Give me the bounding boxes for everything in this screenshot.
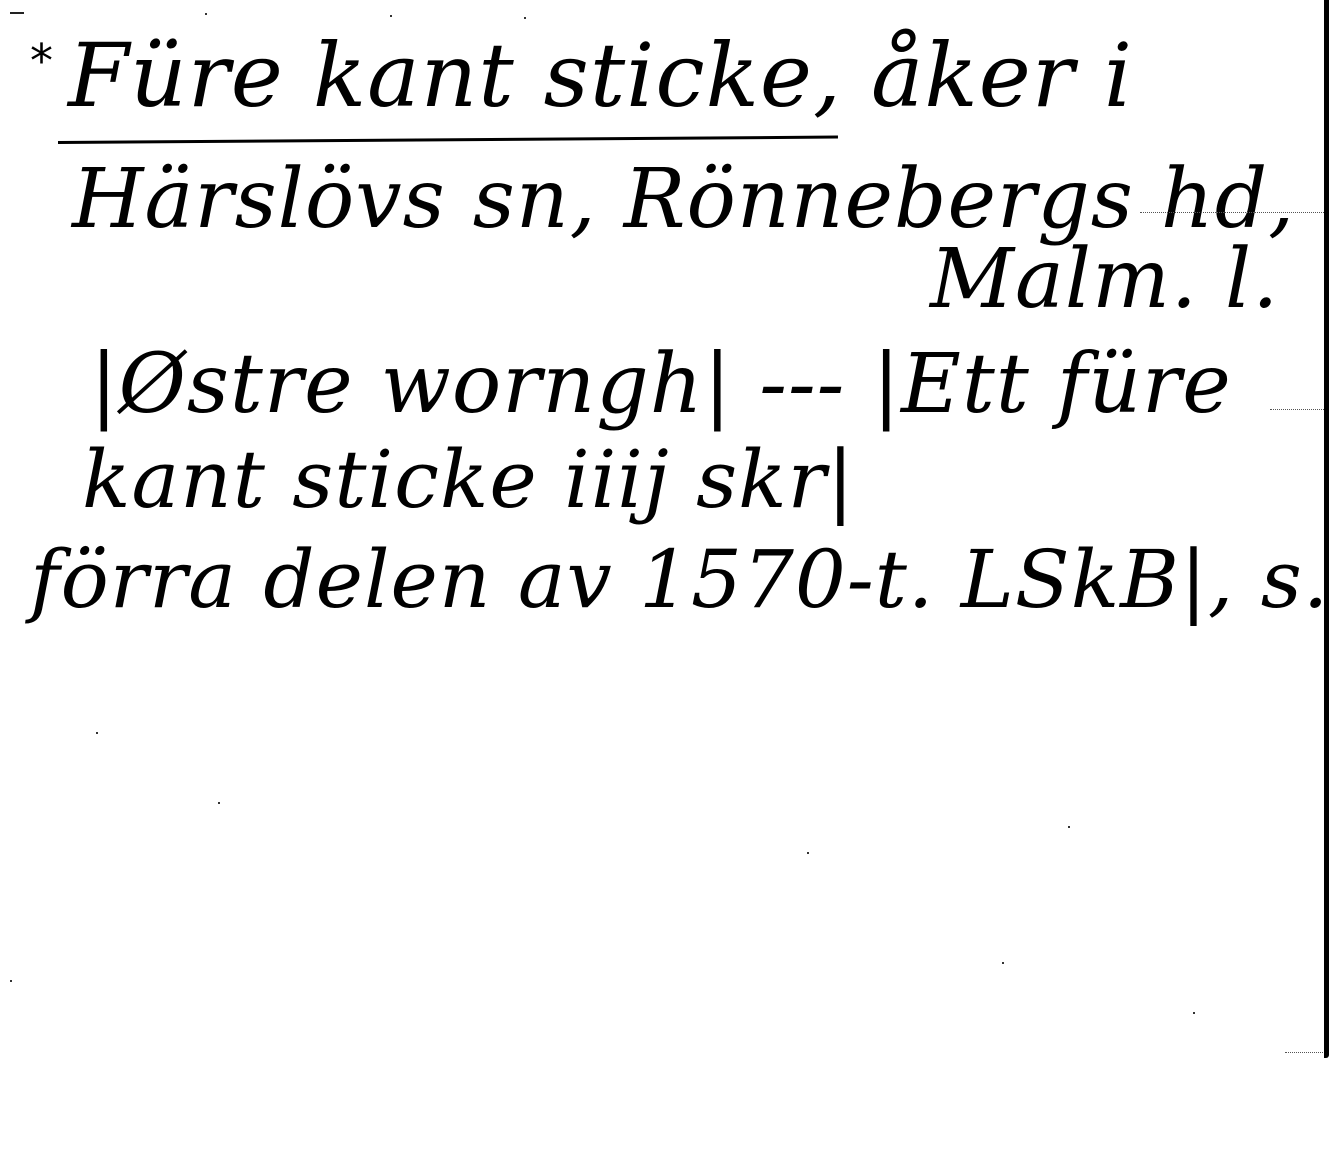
scan-speck (807, 852, 809, 854)
ruled-line-fragment (1270, 409, 1324, 410)
scan-speck (218, 802, 220, 804)
scan-speck (205, 13, 207, 15)
card-line-1-headword: Füre kant sticke, åker i (68, 26, 1133, 126)
card-line-6-source: förra delen av 1570-t. LSkB|, s. 123 ori… (30, 530, 1332, 630)
scan-speck (1068, 826, 1070, 828)
ruled-line-fragment (1285, 1052, 1325, 1053)
card-line-3-county: Malm. l. (930, 230, 1279, 330)
scan-speck (390, 15, 392, 17)
ruled-line-fragment (1140, 212, 1324, 213)
asterisk-marker: * (30, 38, 53, 84)
headword-underline (58, 136, 838, 144)
card-line-4-quote: |Østre worngh| --- |Ett füre (90, 335, 1232, 435)
scan-speck (524, 17, 526, 19)
scan-speck (10, 980, 12, 982)
card-right-edge (1324, 0, 1329, 1058)
scan-speck (1193, 1012, 1195, 1014)
scan-speck (1002, 962, 1004, 964)
index-card: * Füre kant sticke, åker i Härslövs sn, … (0, 0, 1332, 1173)
card-line-5-quote-cont: kant sticke iiij skr| (82, 430, 855, 530)
scan-artifact-dash (10, 12, 24, 14)
scan-speck (96, 732, 98, 734)
